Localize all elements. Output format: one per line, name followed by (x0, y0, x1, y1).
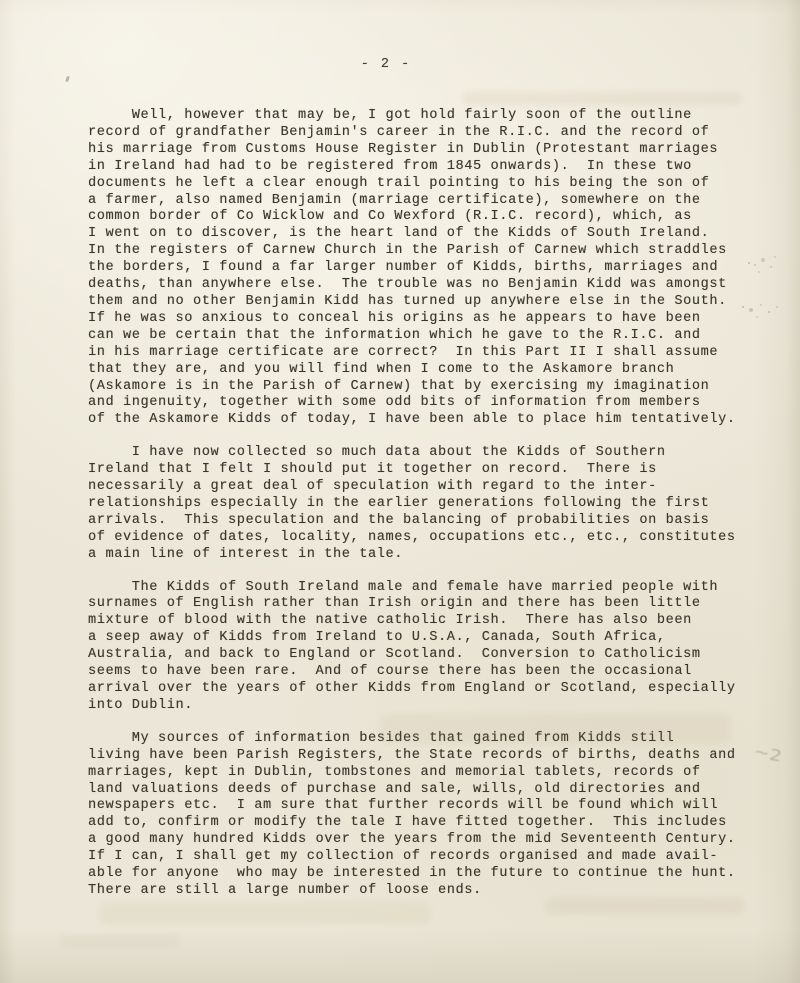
scanned-typewritten-page: - 2 - Well, however that may be, I got h… (0, 0, 800, 983)
page-number: - 2 - (0, 57, 772, 72)
ink-speck (65, 76, 70, 83)
bleed-through-smudge (462, 92, 742, 105)
paragraph: The Kidds of South Ireland male and fema… (88, 580, 760, 715)
paragraph: I have now collected so much data about … (88, 445, 760, 563)
paragraph: My sources of information besides that g… (88, 731, 760, 900)
pencil-mark-cluster (748, 262, 750, 264)
bleed-through-smudge (60, 935, 180, 947)
pencil-mark-cluster (742, 306, 744, 308)
document-body: Well, however that may be, I got hold fa… (88, 108, 760, 916)
paragraph: Well, however that may be, I got hold fa… (88, 108, 760, 429)
